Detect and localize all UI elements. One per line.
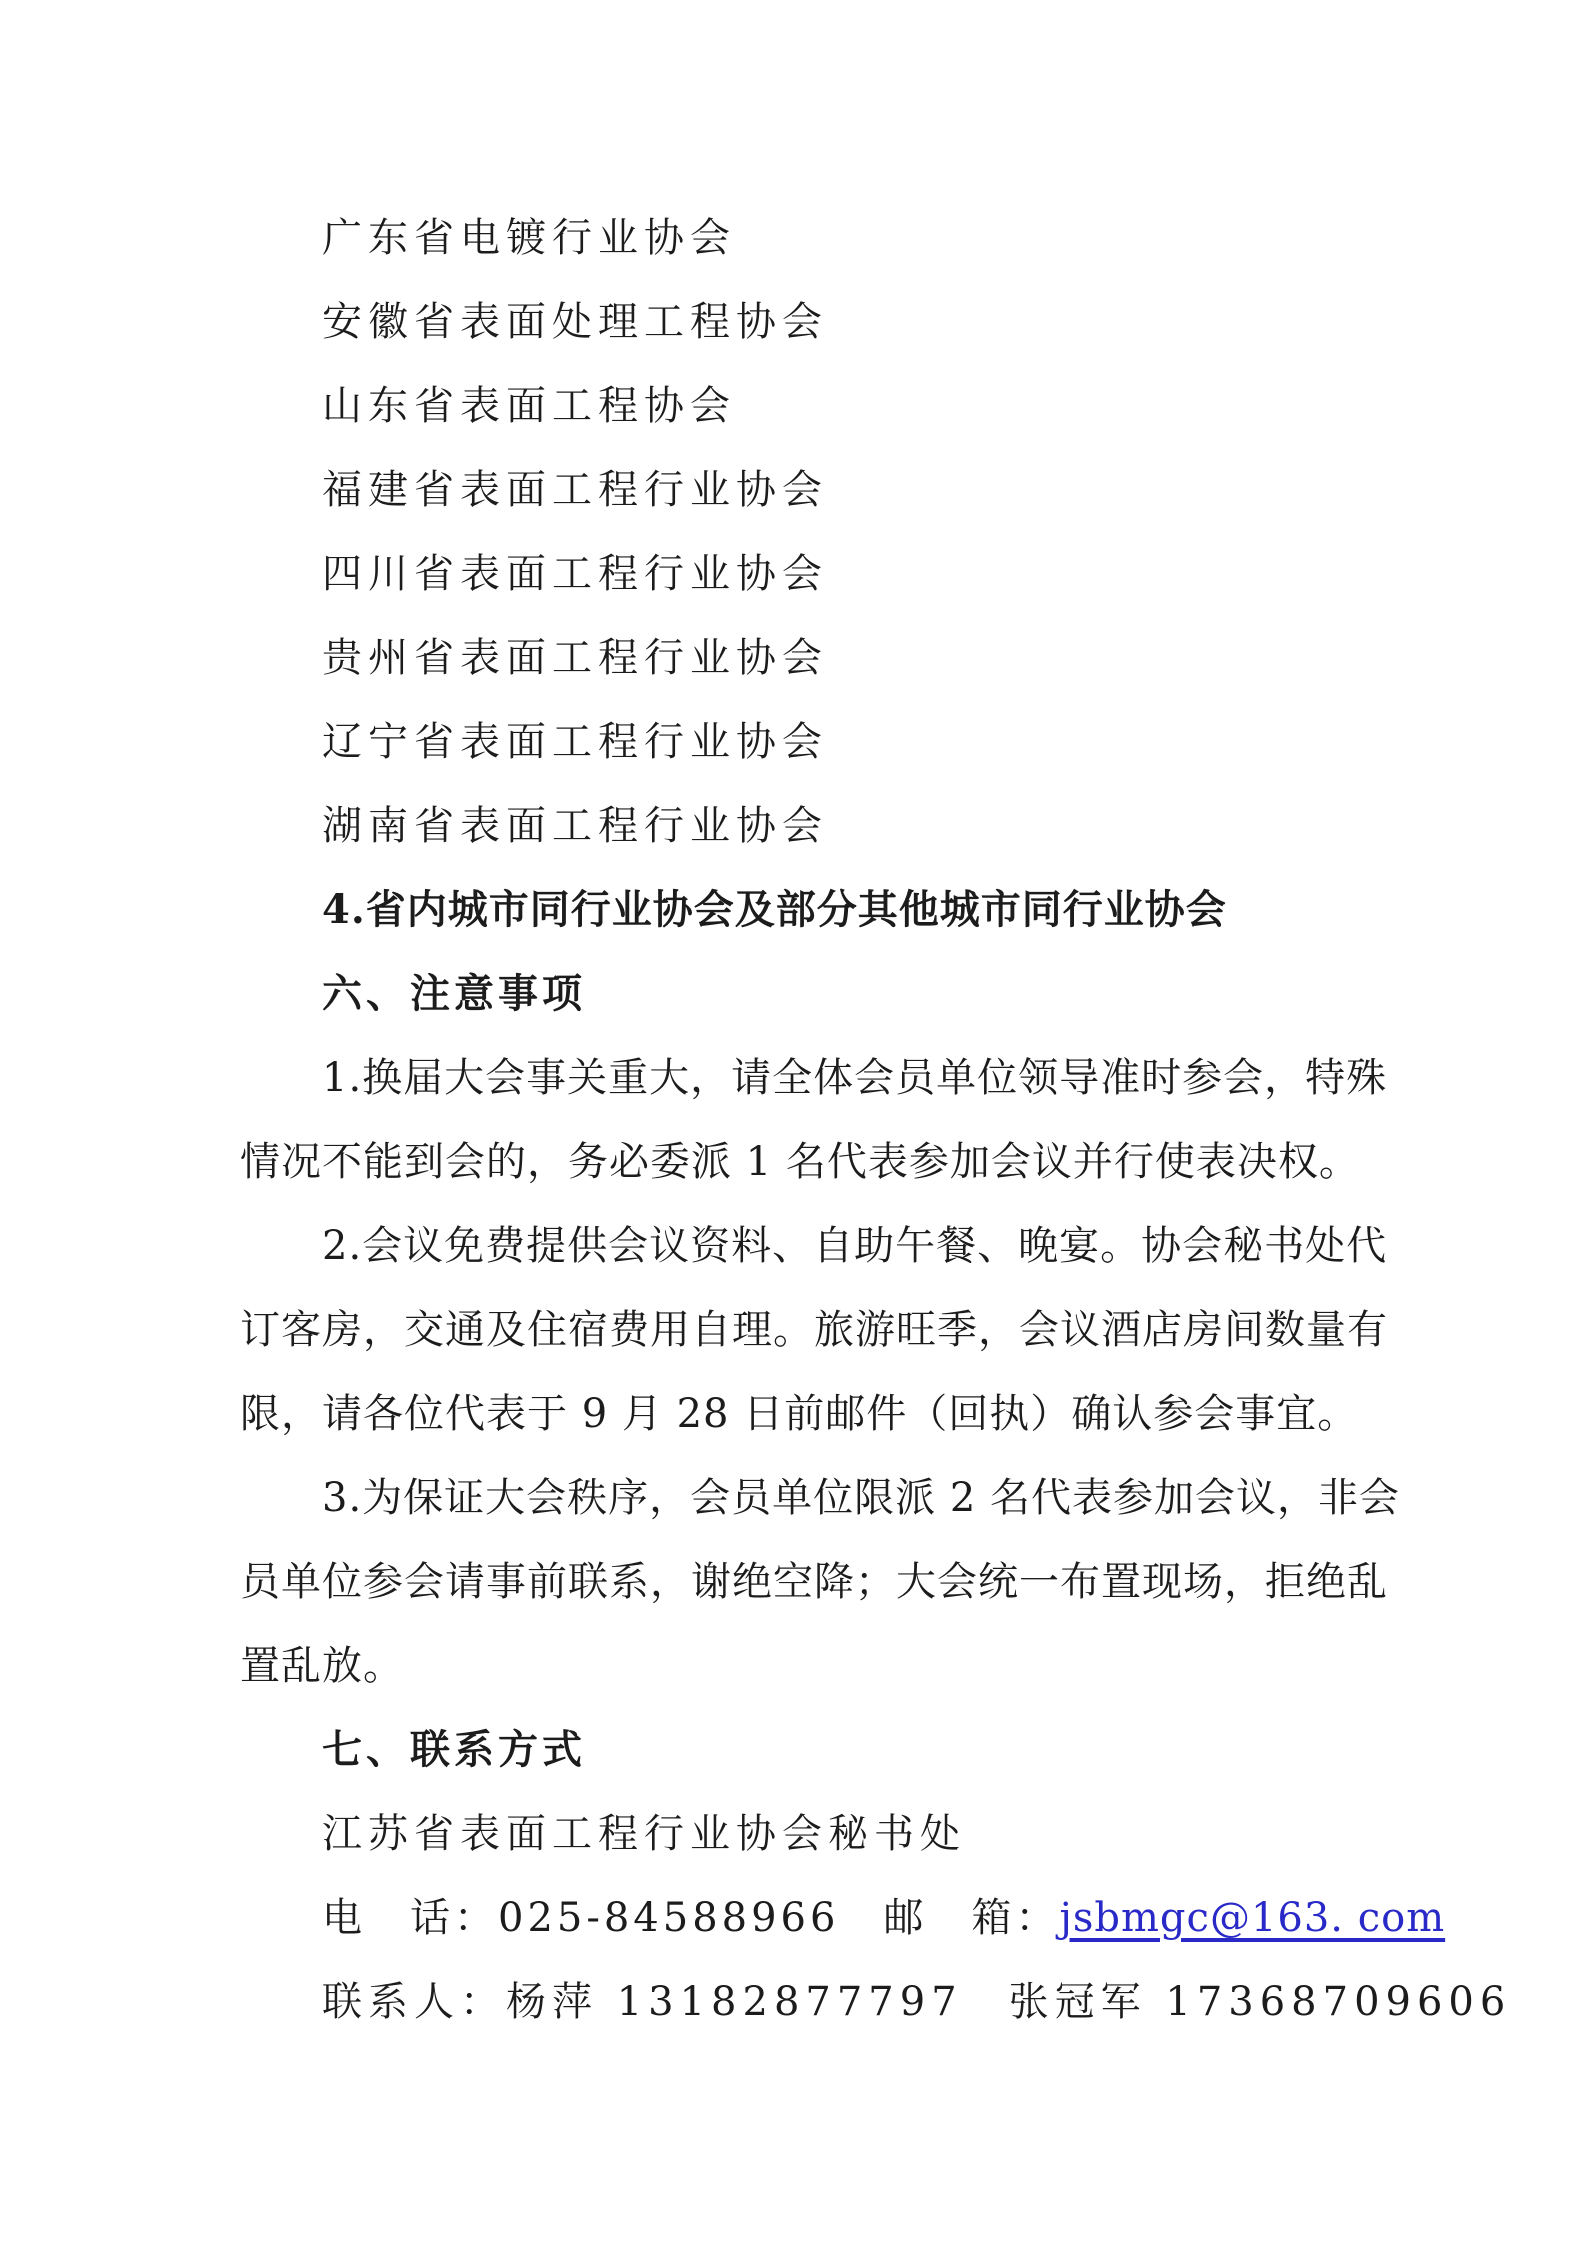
association-name: 福建省表面工程行业协会 [240, 448, 1348, 532]
paragraph-line: 3.为保证大会秩序，会员单位限派 2 名代表参加会议，非会 [240, 1456, 1348, 1540]
contact-persons-line: 联系人：杨萍 13182877797 张冠军 17368709606 [240, 1960, 1348, 2044]
paragraph-line: 置乱放。 [240, 1624, 1348, 1708]
association-name: 安徽省表面处理工程协会 [240, 280, 1348, 364]
association-name: 广东省电镀行业协会 [240, 196, 1348, 280]
section-heading-7: 七、联系方式 [240, 1708, 1348, 1792]
association-name: 山东省表面工程协会 [240, 364, 1348, 448]
association-name: 四川省表面工程行业协会 [240, 532, 1348, 616]
paragraph-line: 限，请各位代表于 9 月 28 日前邮件（回执）确认参会事宜。 [240, 1372, 1348, 1456]
email-link[interactable]: jsbmgc@163. com [1059, 1895, 1445, 1941]
document-page: 广东省电镀行业协会安徽省表面处理工程协会山东省表面工程协会福建省表面工程行业协会… [0, 0, 1587, 2245]
association-name: 贵州省表面工程行业协会 [240, 616, 1348, 700]
paragraph-line: 2.会议免费提供会议资料、自助午餐、晚宴。协会秘书处代 [240, 1204, 1348, 1288]
paragraph-line: 员单位参会请事前联系，谢绝空降；大会统一布置现场，拒绝乱 [240, 1540, 1348, 1624]
numbered-item-4: 4.省内城市同行业协会及部分其他城市同行业协会 [240, 868, 1348, 952]
association-name: 湖南省表面工程行业协会 [240, 784, 1348, 868]
paragraph-line: 1.换届大会事关重大，请全体会员单位领导准时参会，特殊 [240, 1036, 1348, 1120]
document-lines: 广东省电镀行业协会安徽省表面处理工程协会山东省表面工程协会福建省表面工程行业协会… [240, 196, 1348, 2044]
association-name: 辽宁省表面工程行业协会 [240, 700, 1348, 784]
secretariat-name: 江苏省表面工程行业协会秘书处 [240, 1792, 1348, 1876]
contact-label: 电 话：025-84588966 邮 箱： [322, 1895, 1059, 1941]
paragraph-line: 情况不能到会的，务必委派 1 名代表参加会议并行使表决权。 [240, 1120, 1348, 1204]
paragraph-line: 订客房，交通及住宿费用自理。旅游旺季，会议酒店房间数量有 [240, 1288, 1348, 1372]
section-heading-6: 六、注意事项 [240, 952, 1348, 1036]
contact-phone-email-line: 电 话：025-84588966 邮 箱：jsbmgc@163. com [240, 1876, 1348, 1960]
